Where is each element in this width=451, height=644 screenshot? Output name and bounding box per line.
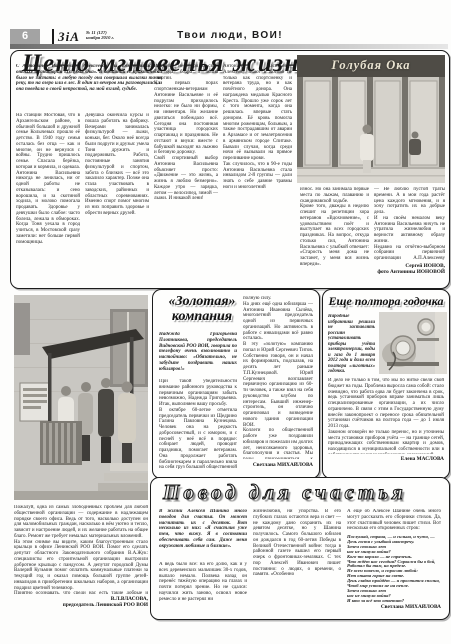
photo-sign-text: Голубая Ока [297, 58, 445, 73]
article-3-headline: Еще полтора годочка [323, 294, 449, 309]
article-2-byline: Светлана МИХАЙЛОВА [211, 462, 313, 468]
header-rule [10, 44, 448, 49]
article-4-byline: Светлана МИХАЙЛОВА [347, 604, 441, 610]
article-3-byline: Елена МАСЛОВА [328, 456, 444, 462]
article-4-col-1: А ведь было всё: на его долю, как и у вс… [159, 562, 247, 612]
meters-photo [379, 312, 447, 374]
newspaper-page: 6 ЗіА № 11 (127) ноября 2010 г. Твои люд… [0, 0, 451, 644]
article-1-col-3: И сейчас, несмотря на свои 73 года, бодр… [154, 64, 218, 280]
article-3-body: И дело не только в том, что мы по нитке … [328, 378, 444, 454]
article-1-byline: Сергей ИОНОВ, фото Антонины ИОНОВОЙ [330, 263, 445, 275]
article-2-col-1: При такой убедительности внимание районн… [159, 379, 237, 471]
article-4-lead: В жизни Алексея Шанина много поводов для… [159, 509, 247, 561]
section-title: Твои люди, ВОИ! [120, 30, 340, 41]
article-4-box: Повод для счастья В жизни Алексея Шанина… [150, 477, 450, 620]
article-2-headline-line-1: «Золотая» [161, 294, 243, 309]
sanatorium-photo-art [297, 55, 445, 183]
porch-photo [14, 295, 148, 500]
article-1-lead: С Антониной Васильевной Алексеевой мы по… [16, 64, 162, 110]
article-1-col-1: На станции Мостовая, что в Архангельском… [16, 113, 80, 280]
letter-byline: В.Л.ВЛАСОВА, председатель Ленинской РОО … [14, 596, 148, 608]
article-1-under-photo-col-2: — Не люблю пустой траты времени. А в мои… [374, 187, 445, 261]
article-1-col-2: Девушка окончила курсы и пошла работать … [85, 113, 149, 280]
article-2-col-2: полную силу. На днях ещё одна юбилярша —… [243, 296, 313, 459]
sanatorium-photo: Голубая Ока [297, 55, 445, 183]
letter-body: Пожалуй, одна из самых злободневных проб… [14, 505, 148, 594]
masthead-logo: ЗіА [58, 29, 80, 45]
article-1-col-4: Антонину Васильевну Алексееву знают в Ко… [223, 64, 292, 280]
article-2-box: «Золотая» компания Надежда Григорьевна П… [152, 289, 320, 479]
article-4-headline: Повод для счастья [163, 480, 407, 505]
article-2-headline: «Золотая» компания [161, 294, 243, 324]
article-2-headline-line-2: компания [161, 309, 243, 324]
article-4-col-3-intro: А ещё об Алексее Шанине очень много могу… [347, 509, 441, 534]
article-4-poem: Послушай, страна, — и сильна, и чужа, — … [347, 535, 441, 602]
article-2-lead: Надежда Григорьевна Плотникова, председа… [159, 332, 237, 377]
page-number: 6 [10, 29, 40, 44]
article-4-col-2: жизнелюбия, ни упорства. В его глубоких … [253, 509, 341, 612]
article-3-lead: Народные избранники решили не заставлять… [328, 314, 375, 376]
article-3-box: Еще полтора годочка Народные избранники … [322, 289, 450, 479]
meters-photo-art [379, 312, 447, 374]
header-divider [52, 29, 54, 44]
porch-photo-art [14, 295, 148, 500]
